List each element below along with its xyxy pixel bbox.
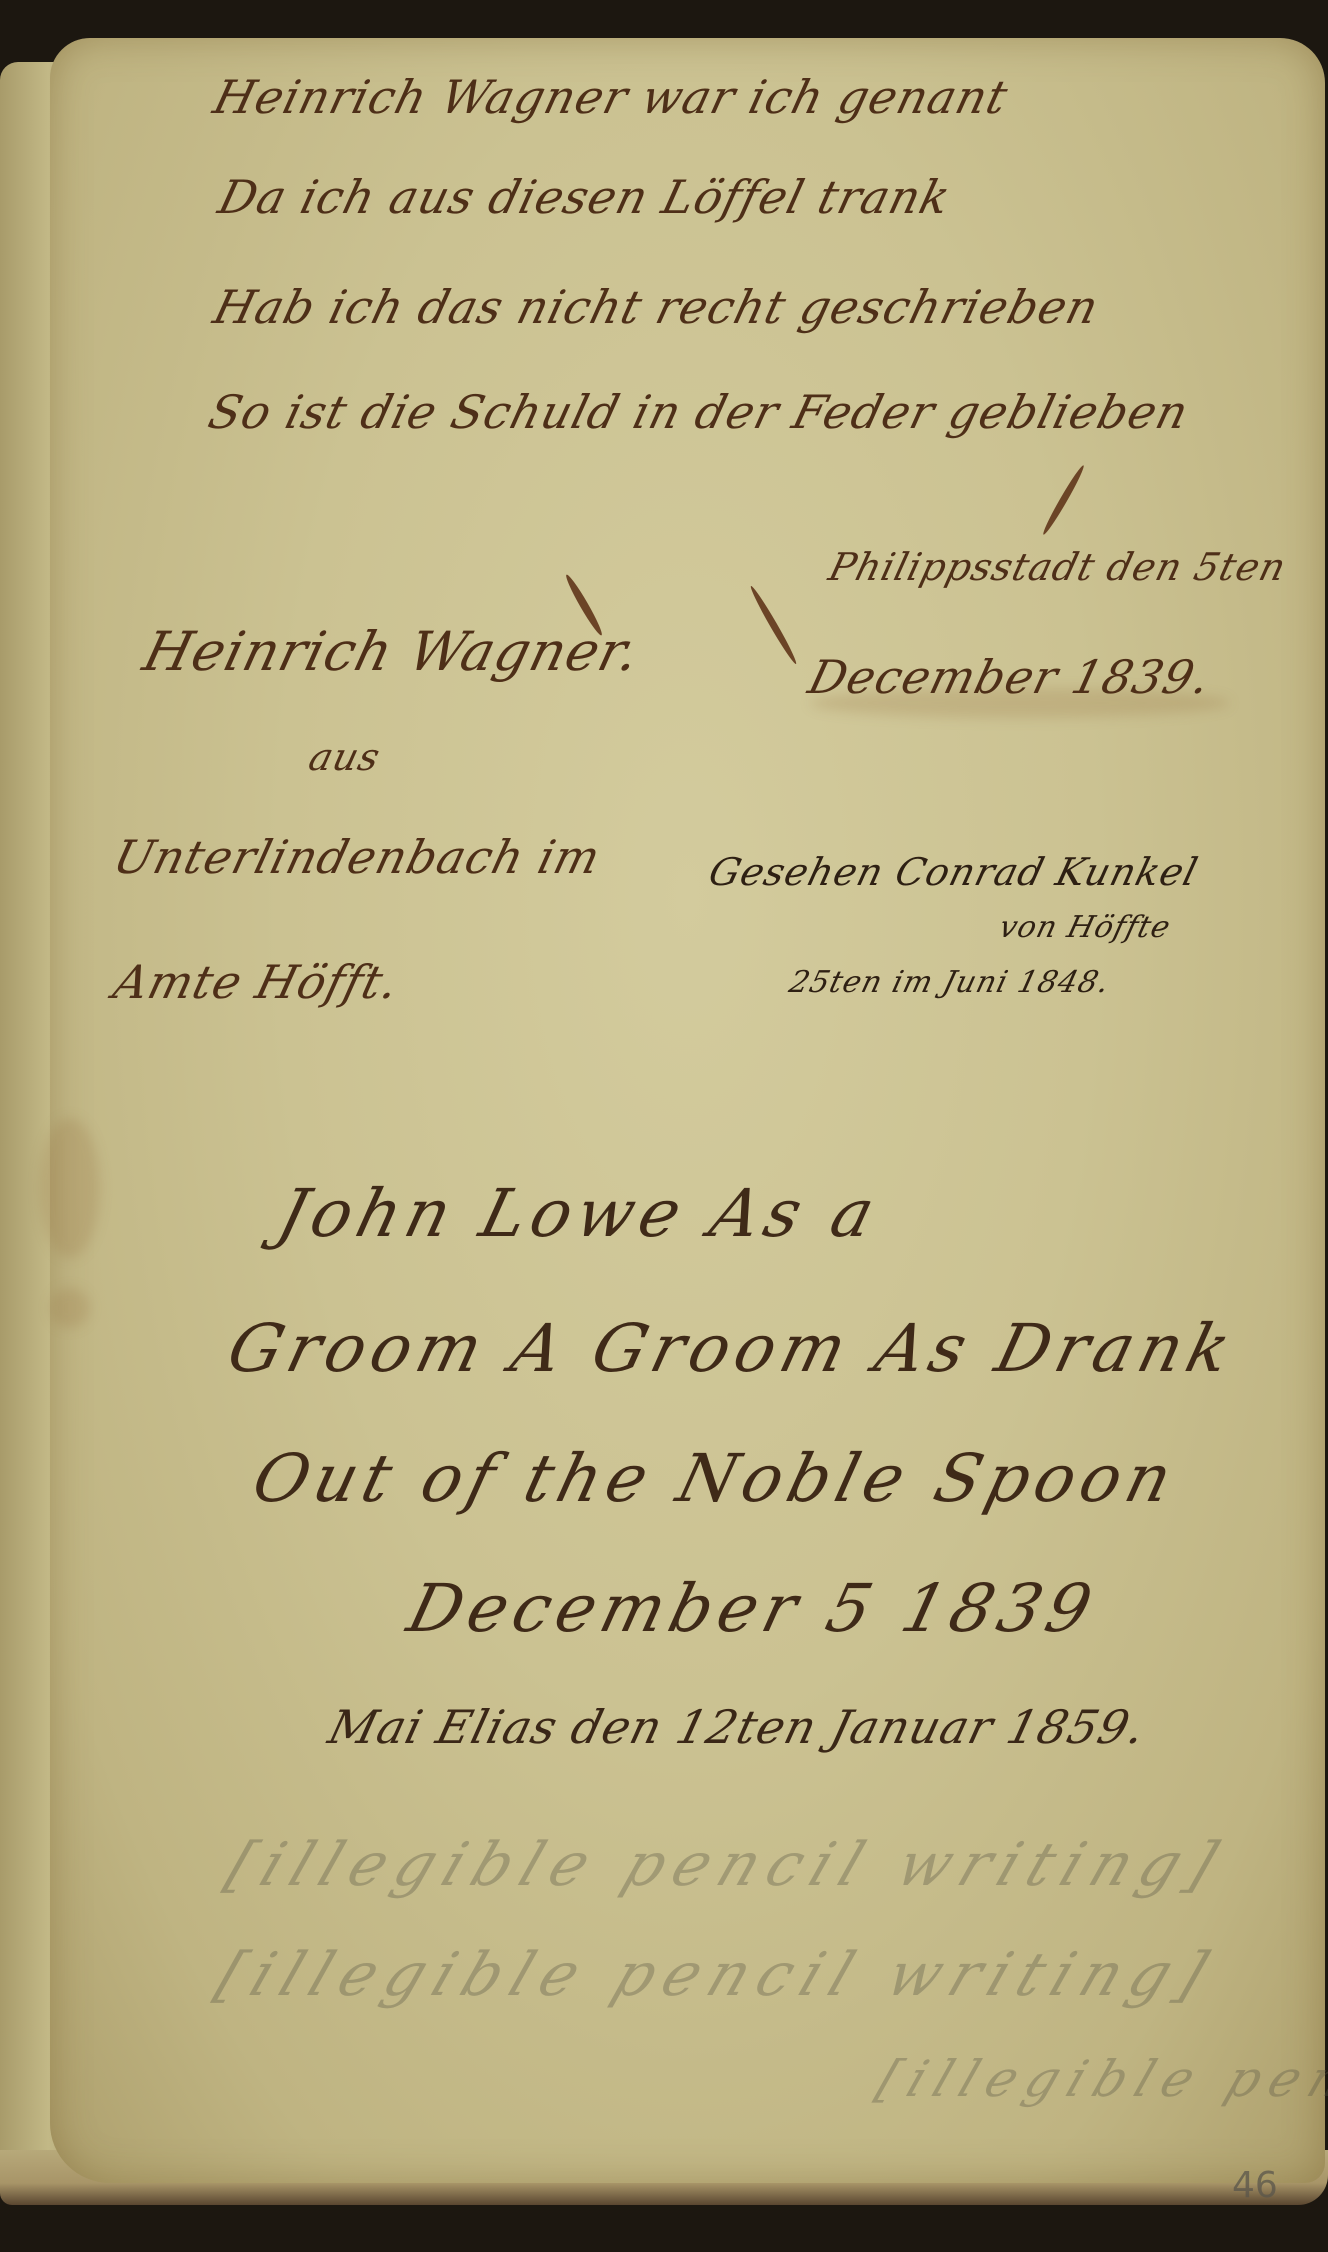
page-number: 46 — [1232, 2165, 1278, 2206]
stain — [50, 1288, 90, 1328]
german-verse-line-4: So ist die Schuld in der Feder geblieben — [203, 385, 1194, 439]
dateline-place: Philippsstadt den 5ten — [825, 545, 1292, 589]
later-entry: Mai Elias den 12ten Januar 1859. — [323, 1700, 1151, 1754]
english-verse-line-3: Out of the Noble Spoon — [245, 1440, 1185, 1517]
stain — [40, 1118, 100, 1258]
pencil-line-1: [illegible pencil writing] — [217, 1830, 1235, 1900]
signature-place-line-1: Unterlindenbach im — [108, 830, 606, 884]
signature-name: Heinrich Wagner. — [137, 620, 646, 683]
pencil-line-2: [illegible pencil writing] — [207, 1940, 1225, 2010]
english-verse-date: December 5 1839 — [400, 1570, 1105, 1647]
german-verse-line-3: Hab ich das nicht recht geschrieben — [208, 280, 1104, 334]
pencil-signature: [illegible pencil signature] — [869, 2050, 1328, 2108]
dateline-date: December 1839. — [803, 650, 1216, 704]
english-verse-line-2: Groom A Groom As Drank — [220, 1310, 1243, 1387]
seen-note-line-2: von Höffte — [996, 910, 1175, 945]
signature-from: aus — [305, 735, 386, 779]
german-verse-line-2: Da ich aus diesen Löffel trank — [213, 170, 956, 224]
german-verse-line-1: Heinrich Wagner war ich genant — [208, 70, 1013, 124]
signature-place-line-2: Amte Höfft. — [108, 955, 405, 1009]
english-verse-line-1: John Lowe As a — [270, 1175, 887, 1252]
seen-note-line-1: Gesehen Conrad Kunkel — [705, 850, 1203, 894]
seen-note-line-3: 25ten im Juni 1848. — [786, 965, 1114, 1000]
